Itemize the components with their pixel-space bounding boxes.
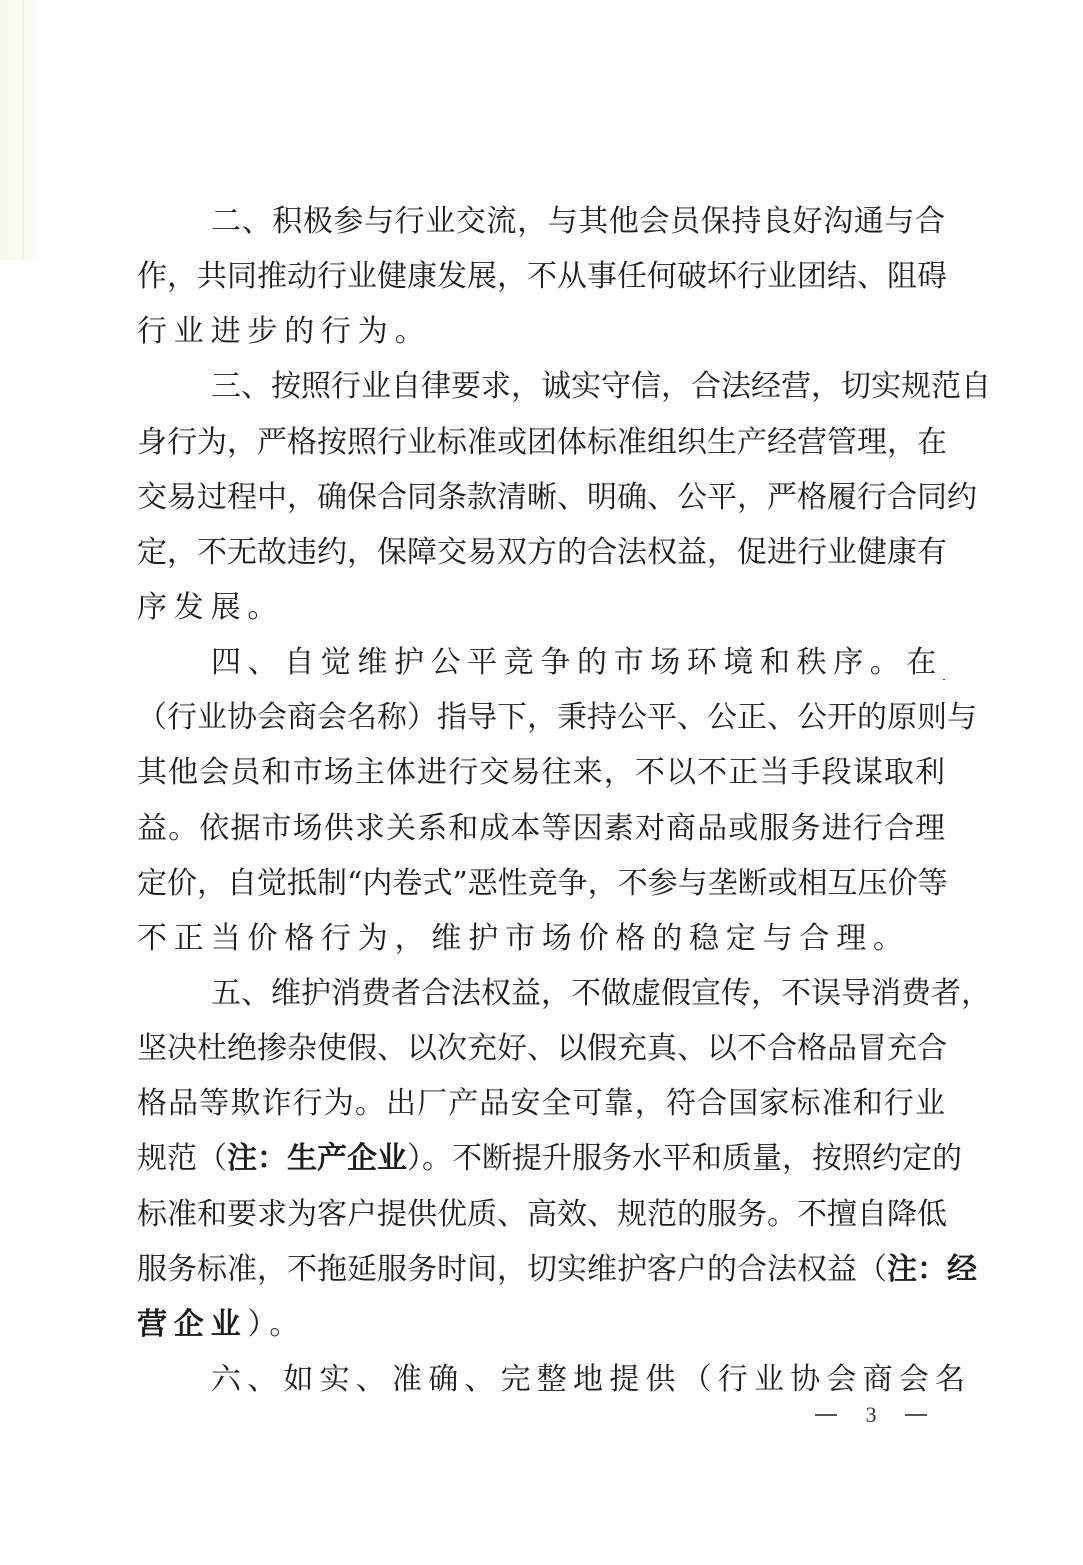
paragraph-item-5: 五、维护消费者合法权益，不做虚假宣传，不误导消费者， 坚决杜绝掺杂使假、以次充好… <box>137 966 945 1352</box>
page-number: 3 <box>815 1402 927 1428</box>
page-number-dash-left <box>815 1414 837 1416</box>
paragraph-item-3: 三、按照行业自律要求，诚实守信，合法经营，切实规范自 身行为，严格按照行业标准或… <box>137 359 945 635</box>
paragraph-item-6: 六、如实、准确、完整地提供 （行业协会商会名 <box>137 1352 945 1407</box>
text-segment: 四、自觉维护公平竞争的市场环境和秩序。在 <box>211 635 943 690</box>
fill-in-blank-association-name[interactable] <box>943 645 945 680</box>
text-line: 益。依据市场供求关系和成本等因素对商品或服务进行合理 <box>137 801 945 856</box>
text-line: 标准和要求为客户提供优质、高效、规范的服务。不擅自降低 <box>137 1187 945 1242</box>
text-line: 服务标准，不拖延服务时间，切实维护客户的合法权益（注：经 <box>137 1242 945 1297</box>
note-operating-enterprise-end: 营企业 <box>137 1307 247 1342</box>
text-segment: 服务标准，不拖延服务时间，切实维护客户的合法权益（ <box>137 1252 887 1287</box>
paragraph-item-2: 二、积极参与行业交流，与其他会员保持良好沟通与合 作，共同推动行业健康发展，不从… <box>137 194 945 359</box>
text-line: 作，共同推动行业健康发展，不从事任何破坏行业团结、阻碍 <box>137 249 945 304</box>
text-segment: 六、如实、准确、完整地提供 <box>211 1352 682 1407</box>
text-segment: ）。 <box>247 1307 306 1342</box>
page-number-value: 3 <box>866 1402 877 1428</box>
text-segment: ）。不断提升服务水平和质量，按照约定的 <box>407 1141 962 1176</box>
text-line: 五、维护消费者合法权益，不做虚假宣传，不误导消费者， <box>137 966 945 1021</box>
text-segment: 规范（ <box>137 1141 227 1176</box>
text-line: 格品等欺诈行为。出厂产品安全可靠，符合国家标准和行业 <box>137 1076 945 1131</box>
text-line: 坚决杜绝掺杂使假、以次充好、以假充真、以不合格品冒充合 <box>137 1021 945 1076</box>
text-line: 不正当价格行为，维护市场价格的稳定与合理。 <box>137 911 945 966</box>
scan-edge-artifact <box>0 0 46 260</box>
note-operating-enterprise-start: 注：经 <box>887 1252 977 1287</box>
text-line: 交易过程中，确保合同条款清晰、明确、公平，严格履行合同约 <box>137 470 945 525</box>
page-number-dash-right <box>905 1414 927 1416</box>
text-line: 三、按照行业自律要求，诚实守信，合法经营，切实规范自 <box>137 359 945 414</box>
text-line: 序发展。 <box>137 580 945 635</box>
text-line: 身行为，严格按照行业标准或团体标准组织生产经营管理，在 <box>137 415 945 470</box>
text-line: 六、如实、准确、完整地提供 （行业协会商会名 <box>137 1352 945 1407</box>
text-line: 定价，自觉抵制“内卷式”恶性竞争，不参与垄断或相互压价等 <box>137 856 945 911</box>
text-line: （行业协会商会名称）指导下，秉持公平、公正、公开的原则与 <box>137 690 945 745</box>
text-line: 四、自觉维护公平竞争的市场环境和秩序。在 <box>137 635 945 690</box>
text-segment: （行业协会商会名 <box>682 1352 972 1407</box>
text-line: 二、积极参与行业交流，与其他会员保持良好沟通与合 <box>137 194 945 249</box>
document-body: 二、积极参与行业交流，与其他会员保持良好沟通与合 作，共同推动行业健康发展，不从… <box>137 194 945 1407</box>
text-line: 营企业）。 <box>137 1297 945 1352</box>
note-production-enterprise: 注：生产企业 <box>227 1141 407 1176</box>
document-page: 二、积极参与行业交流，与其他会员保持良好沟通与合 作，共同推动行业健康发展，不从… <box>0 0 1083 1565</box>
text-line: 行业进步的行为。 <box>137 304 945 359</box>
text-line: 其他会员和市场主体进行交易往来，不以不正当手段谋取利 <box>137 745 945 800</box>
text-line: 规范（注：生产企业）。不断提升服务水平和质量，按照约定的 <box>137 1131 945 1186</box>
paragraph-item-4: 四、自觉维护公平竞争的市场环境和秩序。在 （行业协会商会名称）指导下，秉持公平、… <box>137 635 945 966</box>
text-line: 定，不无故违约，保障交易双方的合法权益，促进行业健康有 <box>137 525 945 580</box>
